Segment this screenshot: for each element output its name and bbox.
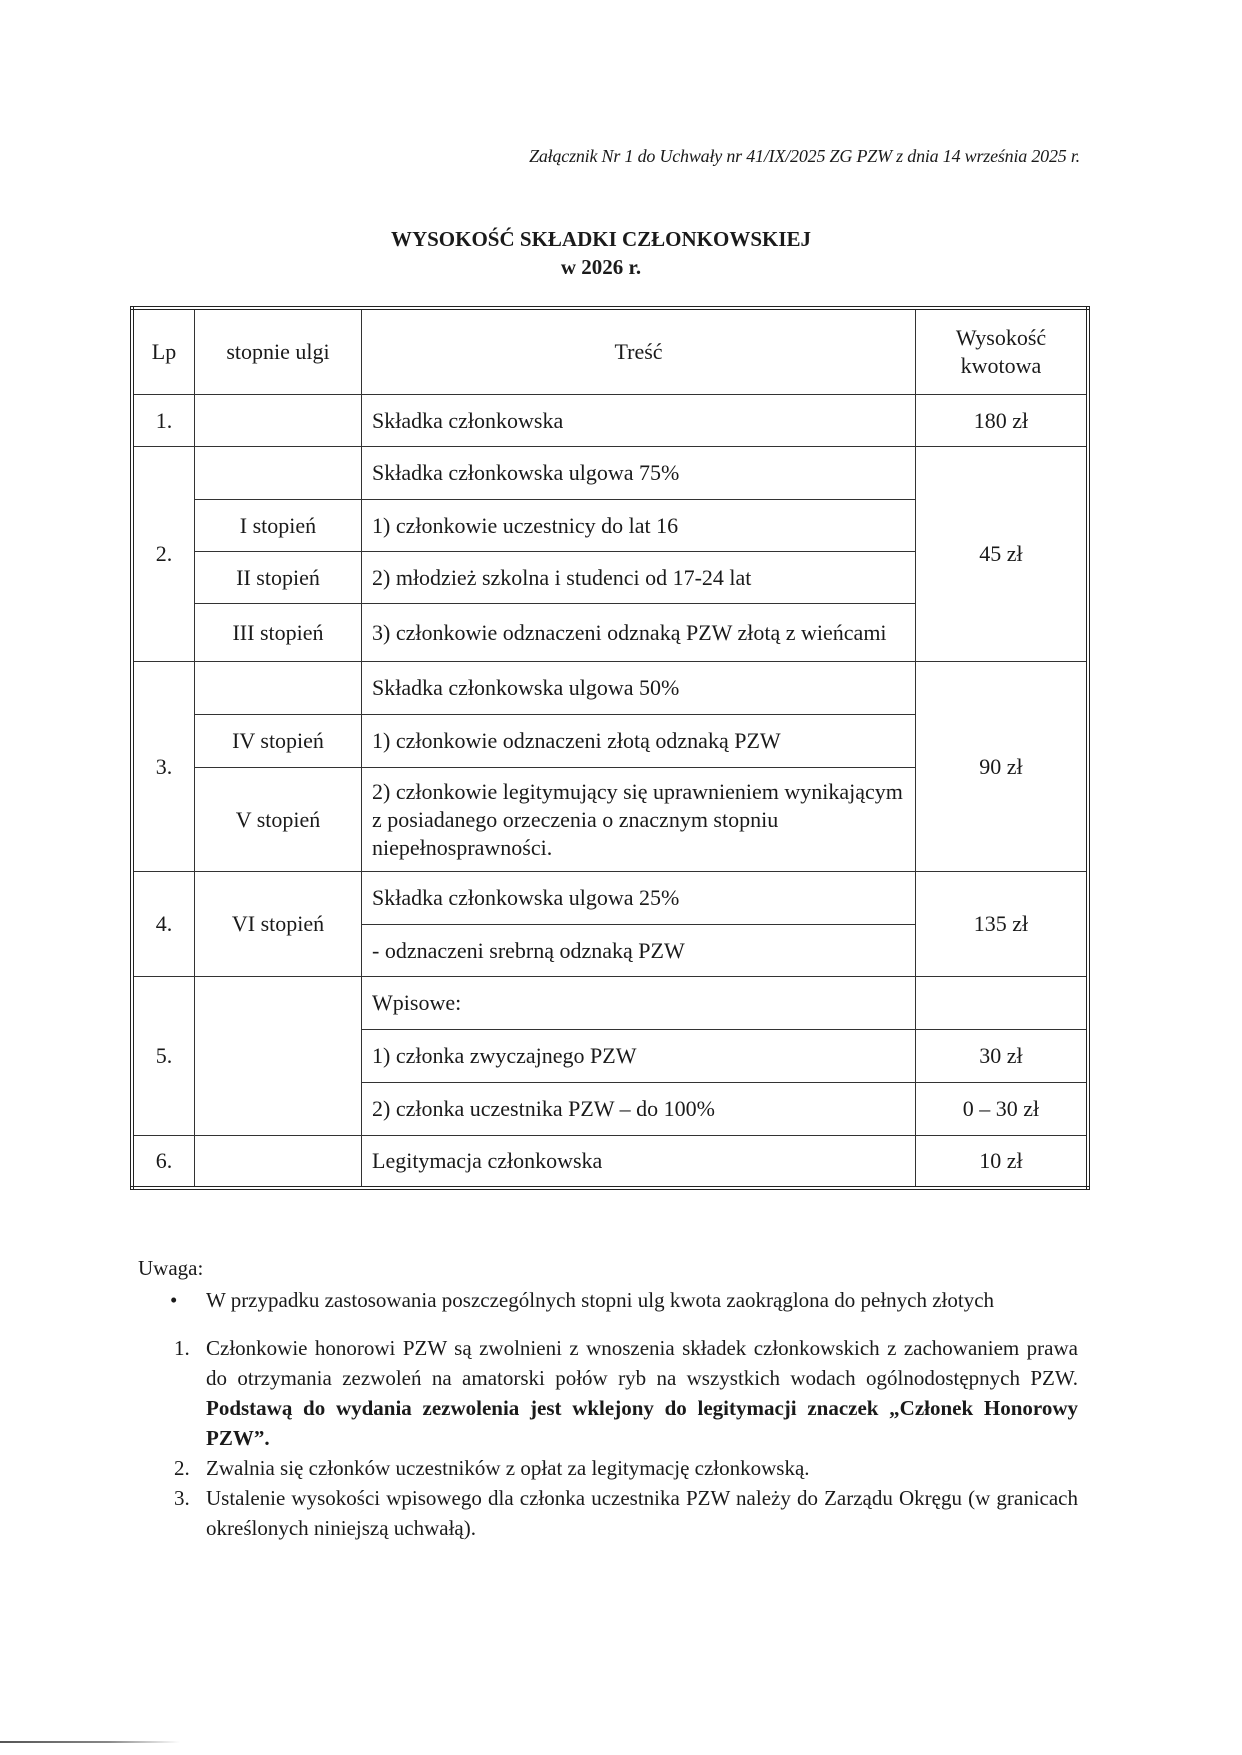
table-row: 1. Składka członkowska 180 zł — [132, 395, 1088, 447]
row-amount: 10 zł — [916, 1136, 1089, 1188]
row-degree: VI stopień — [195, 872, 362, 977]
item-number: 2. — [174, 1453, 206, 1483]
row-heading: Składka członkowska ulgowa 50% — [362, 662, 916, 715]
row-heading: Składka członkowska ulgowa 75% — [362, 447, 916, 500]
row-amount: 30 zł — [916, 1030, 1089, 1083]
row-text: 1) członkowie odznaczeni złotą odznaką P… — [362, 715, 916, 768]
row-degree: I stopień — [195, 500, 362, 552]
item-text: Ustalenie wysokości wpisowego dla członk… — [206, 1483, 1078, 1543]
row-amount: 180 zł — [916, 395, 1089, 447]
row-text: 2) młodzież szkolna i studenci od 17-24 … — [362, 552, 916, 604]
row-lp: 1. — [132, 395, 195, 447]
notes-item: 3. Ustalenie wysokości wpisowego dla czł… — [138, 1483, 1078, 1543]
bullet-text: W przypadku zastosowania poszczególnych … — [206, 1285, 1078, 1315]
header-degree: stopnie ulgi — [195, 308, 362, 395]
header-lp: Lp — [132, 308, 195, 395]
row-degree: V stopień — [195, 768, 362, 872]
row-amount — [916, 977, 1089, 1030]
row-amount: 45 zł — [916, 447, 1089, 662]
item-text: Członkowie honorowi PZW są zwolnieni z w… — [206, 1333, 1078, 1453]
annex-reference: Załącznik Nr 1 do Uchwały nr 41/IX/2025 … — [0, 146, 1080, 167]
row-degree: II stopień — [195, 552, 362, 604]
row-heading: Wpisowe: — [362, 977, 916, 1030]
row-degree — [195, 395, 362, 447]
table-row: 5. Wpisowe: — [132, 977, 1088, 1030]
header-content: Treść — [362, 308, 916, 395]
fee-table: Lp stopnie ulgi Treść Wysokość kwotowa 1… — [130, 306, 1090, 1190]
row-degree — [195, 977, 362, 1136]
row-text: 1) członkowie uczestnicy do lat 16 — [362, 500, 916, 552]
row-text: 3) członkowie odznaczeni odznaką PZW zło… — [362, 604, 916, 662]
table-row: 6. Legitymacja członkowska 10 zł — [132, 1136, 1088, 1188]
row-degree: III stopień — [195, 604, 362, 662]
header-amount: Wysokość kwotowa — [916, 308, 1089, 395]
row-lp: 5. — [132, 977, 195, 1136]
notes-item: 2. Zwalnia się członków uczestników z op… — [138, 1453, 1078, 1483]
row-lp: 2. — [132, 447, 195, 662]
item-number: 1. — [174, 1333, 206, 1453]
title-line-1: WYSOKOŚĆ SKŁADKI CZŁONKOWSKIEJ — [0, 225, 1242, 253]
bullet-icon: • — [170, 1285, 206, 1315]
row-lp: 3. — [132, 662, 195, 872]
row-text: - odznaczeni srebrną odznaką PZW — [362, 925, 916, 977]
table-header-row: Lp stopnie ulgi Treść Wysokość kwotowa — [132, 308, 1088, 395]
item-bold-text: Podstawą do wydania zezwolenia jest wkle… — [206, 1396, 1078, 1450]
row-heading: Składka członkowska ulgowa 25% — [362, 872, 916, 925]
row-degree — [195, 447, 362, 500]
notes-list: 1. Członkowie honorowi PZW są zwolnieni … — [138, 1333, 1078, 1543]
table-row: 3. Składka członkowska ulgowa 50% 90 zł — [132, 662, 1088, 715]
row-amount: 90 zł — [916, 662, 1089, 872]
table-row: 4. VI stopień Składka członkowska ulgowa… — [132, 872, 1088, 925]
item-text: Zwalnia się członków uczestników z opłat… — [206, 1453, 1078, 1483]
row-amount: 0 – 30 zł — [916, 1083, 1089, 1136]
row-amount: 135 zł — [916, 872, 1089, 977]
document-title: WYSOKOŚĆ SKŁADKI CZŁONKOWSKIEJ w 2026 r. — [0, 225, 1242, 281]
row-text: 1) członka zwyczajnego PZW — [362, 1030, 916, 1083]
row-heading: Składka członkowska — [362, 395, 916, 447]
notes-label: Uwaga: — [138, 1253, 1078, 1283]
notes-bullet: • W przypadku zastosowania poszczególnyc… — [138, 1285, 1078, 1315]
row-heading: Legitymacja członkowska — [362, 1136, 916, 1188]
title-line-2: w 2026 r. — [0, 253, 1242, 281]
item-number: 3. — [174, 1483, 206, 1543]
notes-item: 1. Członkowie honorowi PZW są zwolnieni … — [138, 1333, 1078, 1453]
row-text: 2) członka uczestnika PZW – do 100% — [362, 1083, 916, 1136]
notes-section: Uwaga: • W przypadku zastosowania poszcz… — [138, 1253, 1078, 1543]
footer-rule — [0, 1741, 180, 1743]
row-degree — [195, 662, 362, 715]
row-degree: IV stopień — [195, 715, 362, 768]
row-lp: 6. — [132, 1136, 195, 1188]
row-degree — [195, 1136, 362, 1188]
row-text: 2) członkowie legitymujący się uprawnien… — [362, 768, 916, 872]
table-row: 2. Składka członkowska ulgowa 75% 45 zł — [132, 447, 1088, 500]
row-lp: 4. — [132, 872, 195, 977]
